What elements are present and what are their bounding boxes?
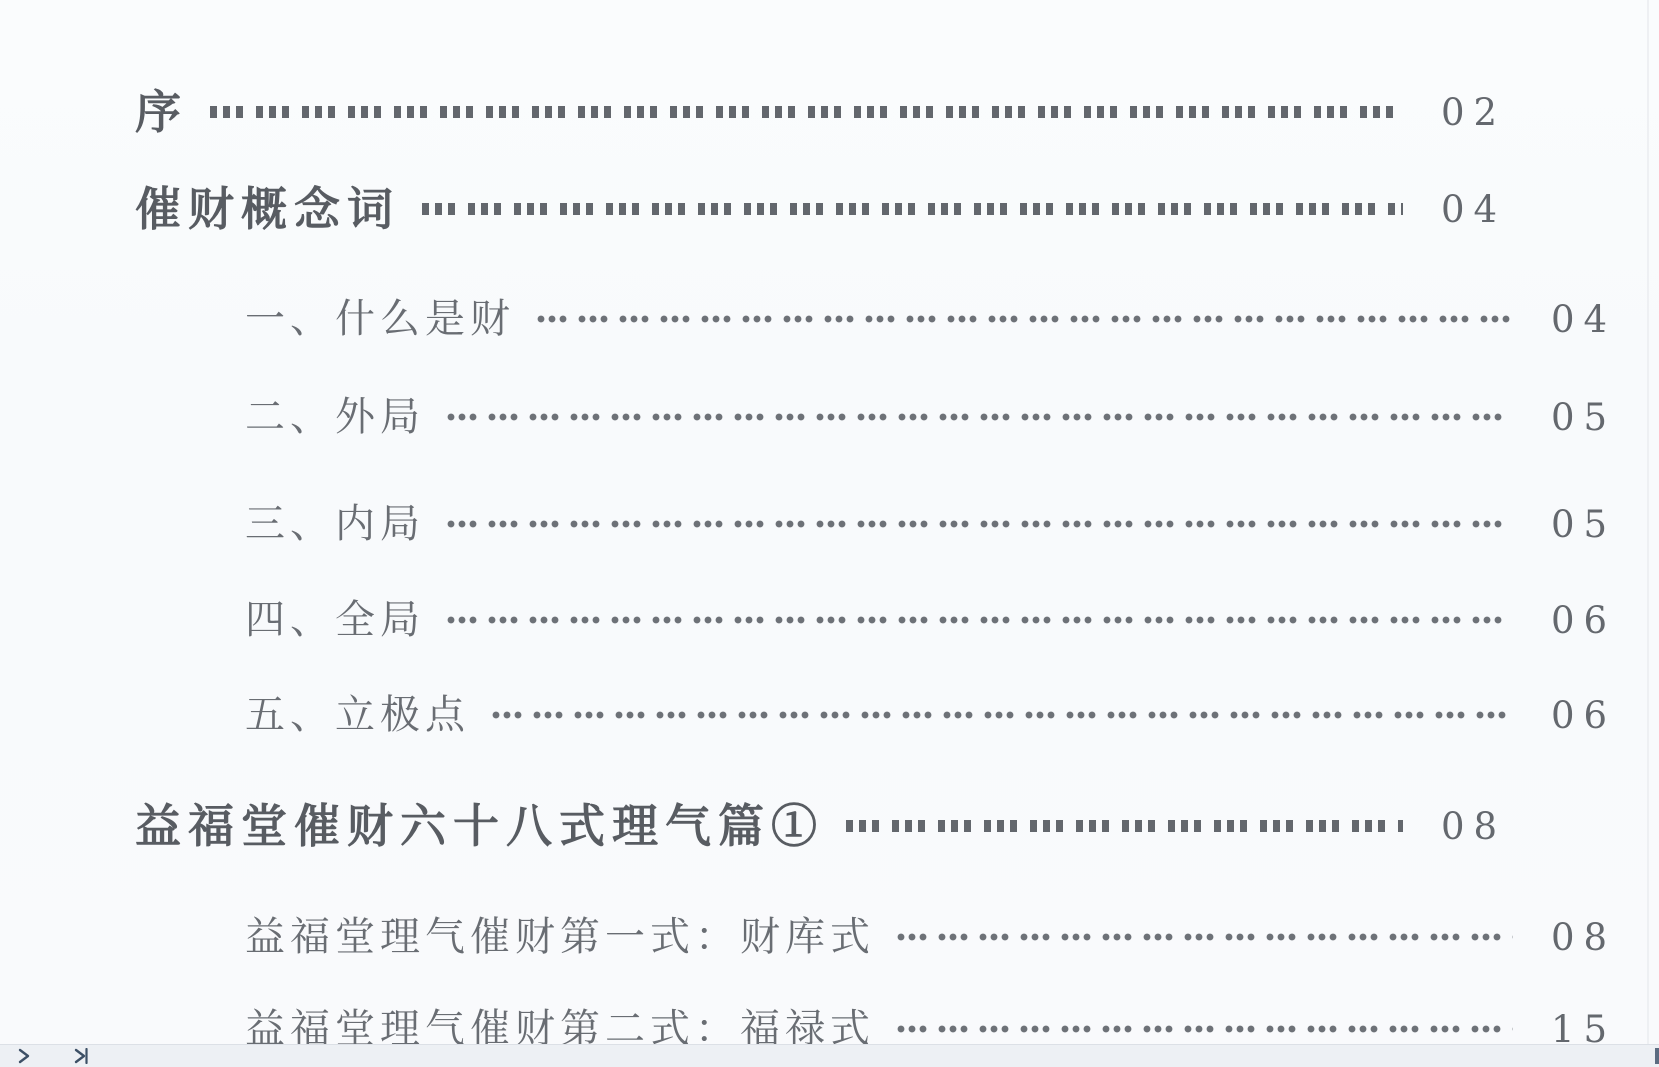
document-viewer: 序02催财概念词04一、什么是财04二、外局05三、内局05四、全局06五、立极… <box>0 0 1659 1067</box>
dot-leader <box>897 1025 1513 1033</box>
toc-entry: 五、立极点06 <box>0 692 1623 738</box>
toc-entry: 三、内局05 <box>0 501 1623 547</box>
dot-leader <box>210 106 1403 118</box>
next-page-button[interactable] <box>12 1047 36 1065</box>
pager-toolbar <box>0 1044 1659 1067</box>
toc-entry-label: 五、立极点 <box>245 692 470 738</box>
toc-entry: 四、全局06 <box>0 597 1623 643</box>
dot-leader <box>447 413 1513 421</box>
toc-entry-label: 序 <box>135 84 188 140</box>
toc-entry-label: 一、什么是财 <box>245 296 515 342</box>
toc-page-number: 05 <box>1551 503 1623 546</box>
toc-entry: 益福堂理气催财第一式：财库式08 <box>0 914 1623 960</box>
toc-page-number: 08 <box>1551 916 1623 959</box>
toc-entry: 二、外局05 <box>0 394 1623 440</box>
toc-page-number: 04 <box>1441 188 1513 231</box>
last-page-button[interactable] <box>70 1047 94 1065</box>
toc-entry: 益福堂催财六十八式理气篇①08 <box>0 798 1513 854</box>
dot-leader <box>537 315 1513 323</box>
toc-entry-label: 三、内局 <box>245 501 425 547</box>
dot-leader <box>492 711 1513 719</box>
toc-page-number: 04 <box>1551 298 1623 341</box>
toc-entry: 序02 <box>0 84 1513 140</box>
toc-page-number: 05 <box>1551 396 1623 439</box>
page-edge-line <box>1647 0 1649 1045</box>
dot-leader <box>422 203 1403 215</box>
toc-page-number: 08 <box>1441 805 1513 848</box>
dot-leader <box>447 520 1513 528</box>
toc-entry: 一、什么是财04 <box>0 296 1623 342</box>
chevron-right-to-bar-icon <box>74 1048 90 1064</box>
dot-leader <box>846 820 1403 832</box>
dot-leader <box>897 933 1513 941</box>
toc-entry-label: 二、外局 <box>245 394 425 440</box>
toc-entry-label: 益福堂理气催财第一式：财库式 <box>245 914 875 960</box>
toc-entry-label: 四、全局 <box>245 597 425 643</box>
toc-entry: 催财概念词04 <box>0 181 1513 237</box>
chevron-right-icon <box>17 1048 31 1064</box>
dot-leader <box>447 616 1513 624</box>
toc-entry-label: 催财概念词 <box>135 181 400 237</box>
toc-page-number: 06 <box>1551 694 1623 737</box>
toc-entry-label: 益福堂催财六十八式理气篇① <box>135 798 824 854</box>
scrollbar-tick[interactable] <box>1655 1048 1659 1064</box>
toc-page-number: 06 <box>1551 599 1623 642</box>
toc-page-number: 02 <box>1441 91 1513 134</box>
